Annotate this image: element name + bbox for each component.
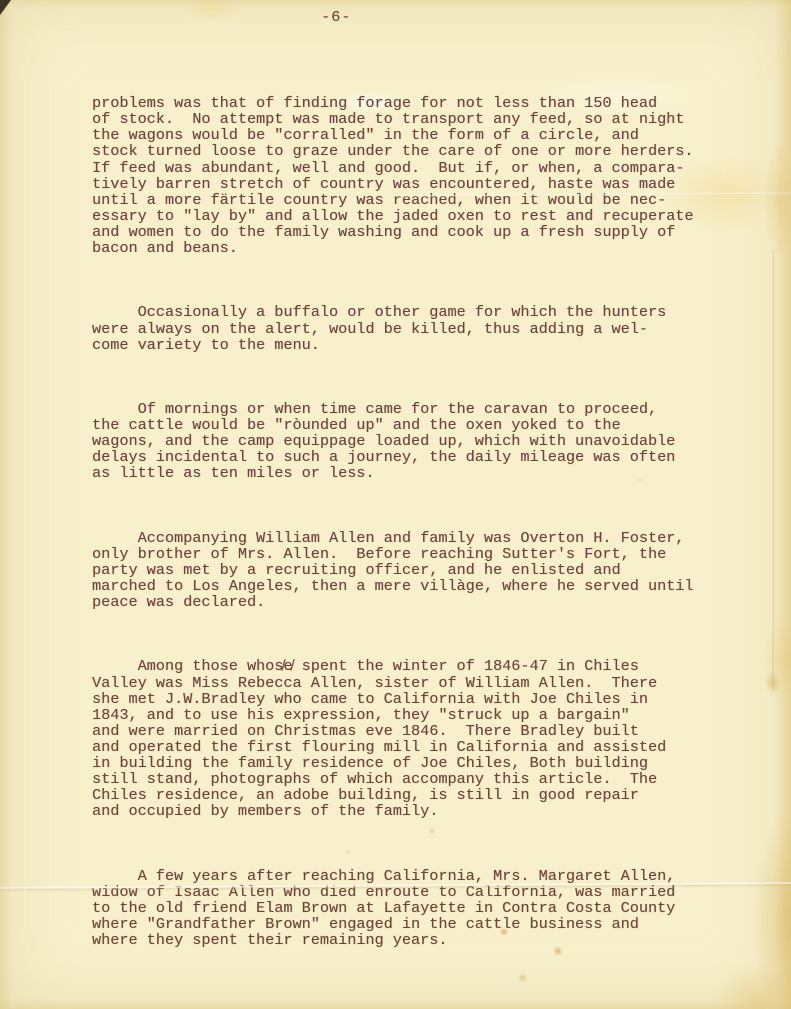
page-number: -6- (321, 8, 351, 26)
scan-corner-artifact (0, 0, 11, 15)
scanned-document-page: -6- problems was that of finding forage … (0, 0, 791, 1009)
paragraph-foster: Accompanying William Allen and family wa… (92, 530, 752, 610)
paragraph-buffalo: Occasionally a buffalo or other game for… (92, 304, 752, 352)
paragraph-mornings: Of mornings or when time came for the ca… (92, 401, 752, 481)
paragraph-rebecca-allen: Among those whos̸e̸ spent the winter of … (92, 658, 752, 819)
paper-stain (765, 672, 781, 694)
paragraph-forage: problems was that of finding forage for … (92, 95, 752, 256)
document-text: problems was that of finding forage for … (92, 63, 752, 996)
paragraph-margaret-allen: A few years after reaching California, M… (92, 868, 752, 948)
paper-crease-vertical (772, 250, 775, 690)
